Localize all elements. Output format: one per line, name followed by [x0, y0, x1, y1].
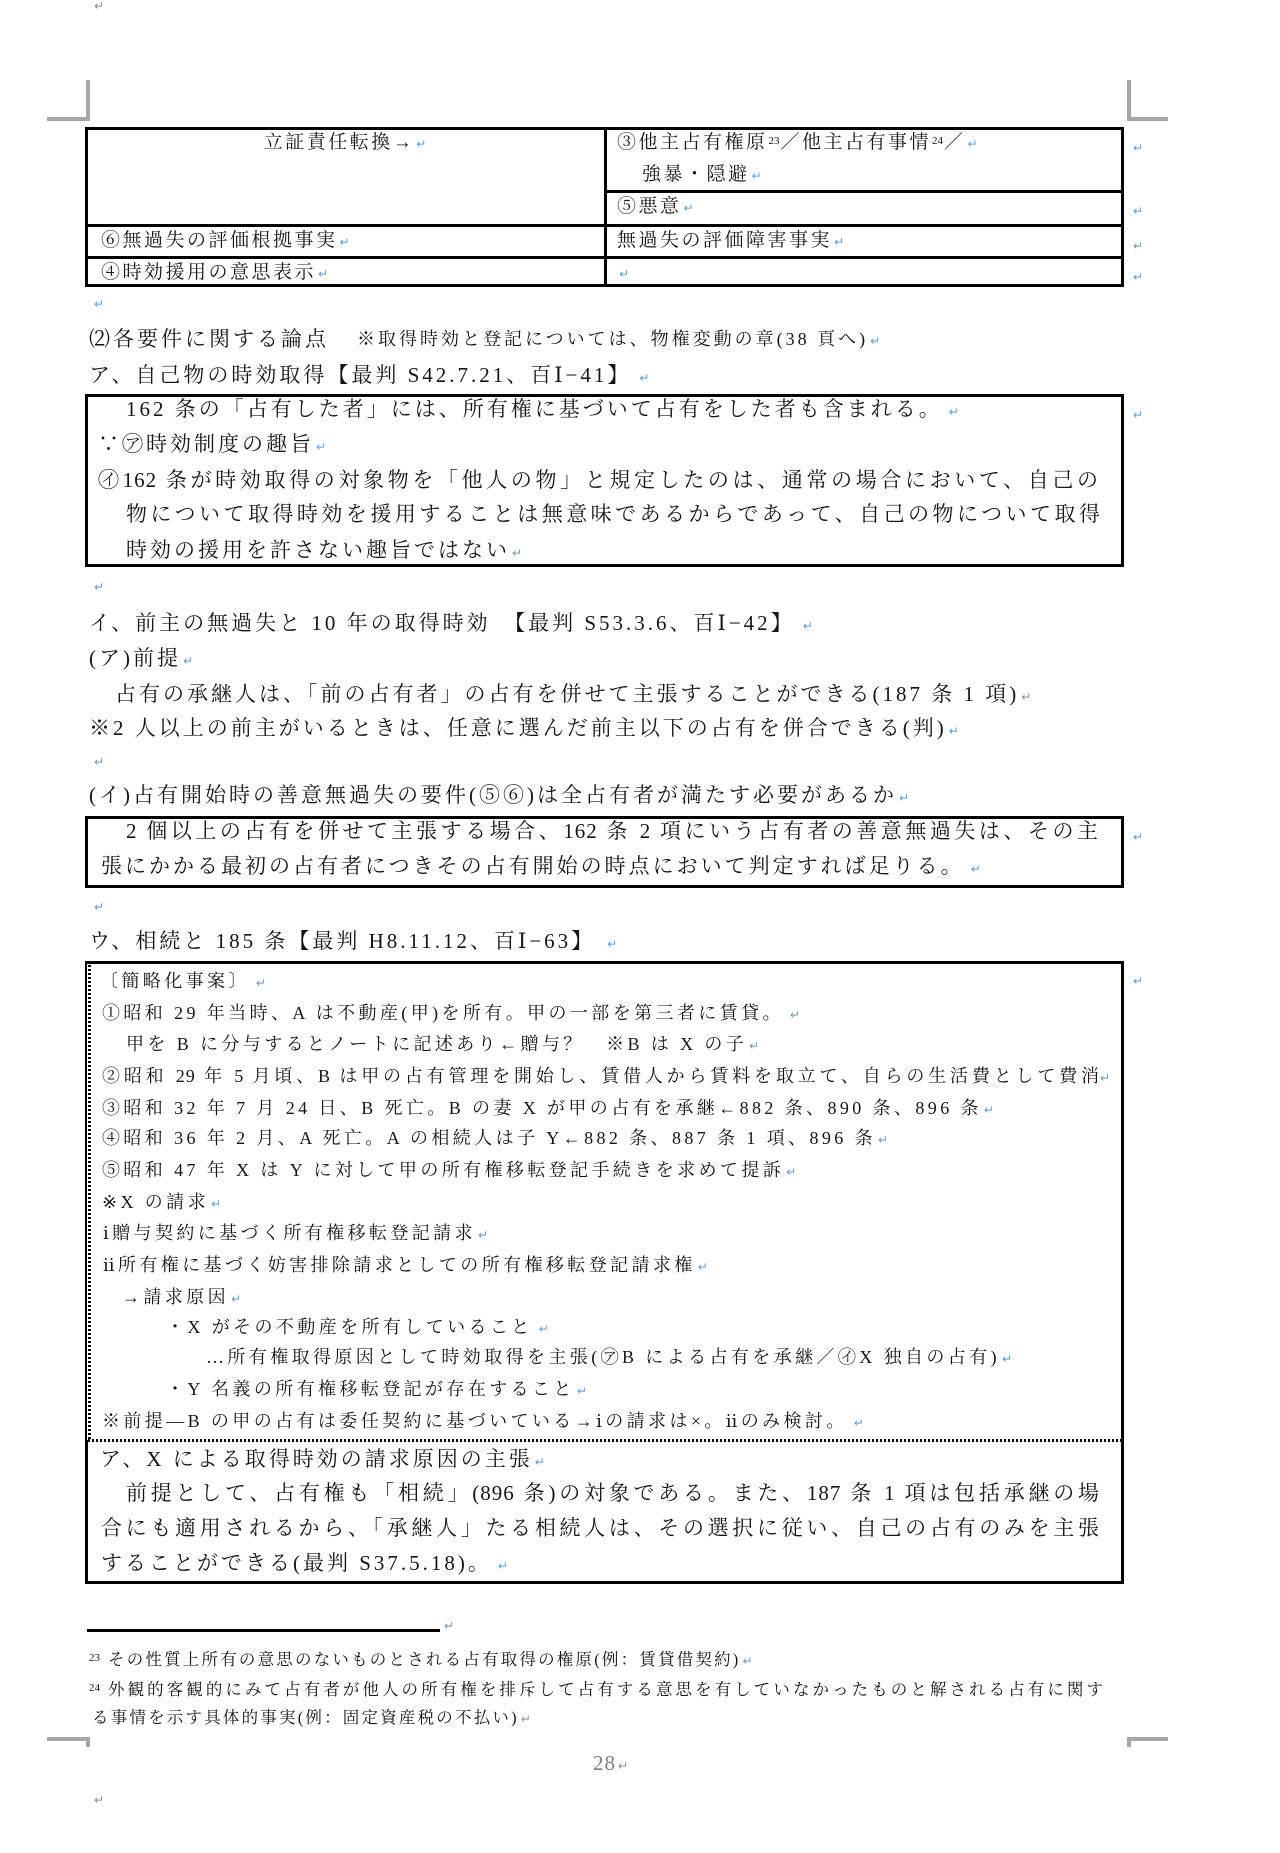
paragraph-mark-icon: ↵	[1100, 1072, 1110, 1084]
reason-line: ∵㋐時効制度の趣旨↵	[98, 429, 326, 459]
fact-line: ③昭和 32 年 7 月 24 日、B 死亡。B の妻 X が甲の占有を承継←8…	[102, 1094, 994, 1122]
claim-line: ※X の請求↵	[102, 1188, 221, 1216]
section-note: ※取得時効と登記については、物権変動の章(38 頁へ)↵	[357, 324, 880, 354]
cell-text: ／他主占有事情	[781, 132, 932, 153]
paragraph-mark-icon: ↵	[984, 1104, 994, 1116]
analysis-line: 合にも適用されるから、「承継人」たる相続人は、その選択に従い、自己の占有のみを主…	[101, 1513, 1100, 1543]
paragraph-mark-icon: ↵	[749, 1040, 759, 1052]
reason-line: 時効の援用を許さない趣旨ではない↵	[126, 535, 522, 565]
paragraph-mark-icon: ↵	[478, 1229, 488, 1241]
footnote-ref: 23	[769, 135, 780, 147]
paragraph-mark-icon: ↵	[577, 1385, 587, 1397]
footnote-text: その性質上所有の意思のないものとされる占有取得の権原(例：賃貸借契約)	[108, 1650, 741, 1669]
claim-line: ※前提―B の甲の占有は委任契約に基づいている→ⅰの請求は×。ⅱのみ検討。↵	[102, 1407, 864, 1435]
paragraph-mark-icon: ↵	[899, 792, 909, 804]
dotted-section-divider	[88, 1439, 1121, 1442]
fact-line: ②昭和 29 年 5 月頃、B は甲の占有管理を開始し、賃借人から賃料を取立て、…	[102, 1062, 1110, 1090]
heading-text: ア、自己物の時効取得【最判 S42.7.21、百Ⅰ−41】	[89, 363, 631, 387]
paragraph-mark-icon: ↵	[94, 756, 104, 768]
paragraph-mark-icon: ↵	[834, 236, 844, 248]
row-end-mark-icon: ↵	[1133, 271, 1143, 283]
claim-line: ・Y 名義の所有権移転登記が存在すること↵	[166, 1375, 587, 1403]
paragraph-mark-icon: ↵	[94, 901, 104, 913]
paragraph-mark-icon: ↵	[211, 1198, 221, 1210]
heading-text: イ、前主の無過失と 10 年の取得時効 【最判 S53.3.6、百Ⅰ−42】	[89, 611, 795, 635]
paragraph-mark-icon: ↵	[416, 138, 426, 150]
line-text: …所有権取得原因として時効取得を主張(㋐B による占有を承継／㋑X 独自の占有)	[206, 1347, 1000, 1367]
premise-heading: (ア)前提↵	[89, 643, 193, 673]
footnote-number: 24	[89, 1682, 100, 1694]
paragraph-mark-icon: ↵	[231, 1293, 241, 1305]
line-text: ⑤昭和 47 年 X は Y に対して甲の所有権移転登記手続きを求めて提訴	[102, 1160, 784, 1180]
row-end-mark-icon: ↵	[1133, 142, 1143, 154]
table-column-divider	[604, 127, 607, 287]
table-cell-bad-faith: ⑤悪意↵	[617, 194, 694, 220]
paragraph-mark-icon: ↵	[971, 863, 981, 875]
line-text: 張にかかる最初の占有者につきその占有開始の時点において判定すれば足りる。	[101, 854, 965, 878]
paragraph-mark-icon: ↵	[790, 1009, 800, 1021]
heading-text: ⑵各要件に関する論点	[89, 327, 329, 351]
cell-text: 強暴・隠避	[642, 164, 750, 185]
premise-text: 占有の承継人は、「前の占有者」の占有を併せて主張することができる(187 条 1…	[115, 679, 1031, 709]
paragraph-mark-icon: ↵	[535, 1456, 545, 1468]
line-text: →請求原因	[122, 1287, 229, 1307]
line-text: ※2 人以上の前主がいるときは、任意に選んだ前主以下の占有を併合できる(判)	[89, 716, 947, 740]
heading-text: (ア)前提	[89, 646, 181, 670]
paragraph-mark-icon: ↵	[619, 268, 629, 280]
crop-mark-bottom-left	[47, 1737, 90, 1747]
line-text: ※前提―B の甲の占有は委任契約に基づいている→ⅰの請求は×。ⅱのみ検討。	[102, 1411, 848, 1431]
table-row-divider	[85, 256, 1124, 259]
analysis-heading: ア、X による取得時効の請求原因の主張↵	[100, 1444, 545, 1474]
paragraph-mark-icon: ↵	[340, 236, 350, 248]
section-heading: ⑵各要件に関する論点	[89, 324, 329, 354]
fact-line: ④昭和 36 年 2 月、A 死亡。A の相続人は子 Y←882 条、887 条…	[102, 1124, 888, 1152]
line-text: 甲を B に分与するとノートに記述あり←贈与？ ※B は X の子	[126, 1034, 747, 1054]
box-left-dotted-border	[88, 961, 91, 1440]
line-text: ・X がその不動産を所有していること	[166, 1317, 533, 1337]
crop-mark-bottom-right	[1127, 1737, 1168, 1747]
premise-note: ※2 人以上の前主がいるときは、任意に選んだ前主以下の占有を併合できる(判)↵	[89, 713, 959, 743]
paragraph-mark-icon: ↵	[94, 0, 104, 12]
crop-mark-top-left	[47, 80, 90, 121]
paragraph-mark-icon: ↵	[539, 1323, 549, 1335]
table-cell-empty: ↵	[617, 260, 629, 286]
table-cell-no-negligence-grounds: ⑥無過失の評価根拠事実↵	[101, 228, 350, 254]
paragraph-mark-icon: ↵	[1002, 1353, 1012, 1365]
cell-text: ⑥無過失の評価根拠事実	[101, 230, 338, 251]
reason-line: ㋑162 条が時効取得の対象物を「他人の物」と規定したのは、通常の場合において、…	[98, 465, 1099, 495]
line-text: することができる(最判 S37.5.18)。	[101, 1551, 492, 1575]
cell-text: 無過失の評価障害事実	[617, 230, 832, 251]
line-text: ∵㋐時効制度の趣旨	[98, 432, 314, 456]
footnote-separator	[87, 1629, 440, 1632]
line-text: ⅰ贈与契約に基づく所有権移転登記請求	[103, 1223, 476, 1243]
claim-line: ・X がその不動産を所有していること↵	[166, 1313, 549, 1341]
table-cell-no-negligence-obstacles: 無過失の評価障害事実↵	[617, 228, 844, 254]
line-text: ④昭和 36 年 2 月、A 死亡。A の相続人は子 Y←882 条、887 条…	[102, 1128, 876, 1148]
paragraph-mark-icon: ↵	[512, 547, 522, 559]
paragraph-mark-icon: ↵	[743, 1655, 753, 1667]
fact-line: ⑤昭和 47 年 X は Y に対して甲の所有権移転登記手続きを求めて提訴↵	[102, 1156, 796, 1184]
cell-text: ／	[944, 132, 966, 153]
topic-c-heading: ウ、相続と 185 条【最判 H8.11.12、百Ⅰ−63】↵	[89, 926, 617, 956]
crop-mark-top-right	[1127, 80, 1168, 121]
paragraph-mark-icon: ↵	[752, 170, 762, 182]
label-text: 〔簡略化事案〕	[100, 971, 250, 991]
holding-line: 2 個以上の占有を併せて主張する場合、162 条 2 項にいう占有者の善意無過失…	[126, 816, 1099, 846]
paragraph-mark-icon: ↵	[803, 620, 813, 632]
page-number-text: 28	[593, 1751, 616, 1775]
document-page: ↵ 立証責任転換→↵ ③他主占有権原23／他主占有事情24／↵ 強暴・隠避↵ ⑤…	[0, 0, 1280, 1853]
fact-line: ①昭和 29 年当時、A は不動産(甲)を所有。甲の一部を第三者に賃貸。↵	[102, 999, 800, 1027]
table-row-divider	[85, 224, 1124, 227]
heading-text: ア、X による取得時効の請求原因の主張	[100, 1447, 533, 1471]
heading-text: (イ)占有開始時の善意無過失の要件(⑤⑥)は全占有者が満たす必要があるか	[89, 783, 897, 807]
cell-text: ④時効援用の意思表示	[101, 262, 316, 283]
paragraph-mark-icon: ↵	[968, 138, 978, 150]
heading-text: ウ、相続と 185 条【最判 H8.11.12、百Ⅰ−63】	[89, 929, 595, 953]
topic-b-heading: イ、前主の無過失と 10 年の取得時効 【最判 S53.3.6、百Ⅰ−42】↵	[89, 608, 813, 638]
line-text: ※X の請求	[102, 1192, 209, 1212]
line-text: ③昭和 32 年 7 月 24 日、B 死亡。B の妻 X が甲の占有を承継←8…	[102, 1098, 982, 1118]
claim-line: ⅰ贈与契約に基づく所有権移転登記請求↵	[103, 1219, 488, 1247]
paragraph-mark-icon: ↵	[94, 298, 104, 310]
footnote-23: 23その性質上所有の意思のないものとされる占有取得の権原(例：賃貸借契約)↵	[88, 1647, 753, 1673]
paragraph-mark-icon: ↵	[698, 1261, 708, 1273]
footnote-24-continued: る事情を示す具体的事実(例：固定資産税の不払い)↵	[92, 1705, 531, 1731]
paragraph-mark-icon: ↵	[94, 1794, 104, 1806]
footnote-text: 外観的客観的にみて占有者が他人の所有権を排斥して占有する意思を有していなかったも…	[108, 1677, 1104, 1703]
holding-line: 張にかかる最初の占有者につきその占有開始の時点において判定すれば足りる。↵	[101, 851, 981, 881]
row-end-mark-icon: ↵	[1133, 409, 1143, 421]
paragraph-mark-icon: ↵	[444, 1620, 454, 1632]
paragraph-mark-icon: ↵	[498, 1560, 508, 1572]
line-text: 占有の承継人は、「前の占有者」の占有を併せて主張することができる(187 条 1…	[115, 682, 1019, 706]
footnote-ref: 24	[932, 135, 943, 147]
paragraph-mark-icon: ↵	[639, 372, 649, 384]
fact-line: 甲を B に分与するとノートに記述あり←贈与？ ※B は X の子↵	[126, 1030, 759, 1058]
reason-line: 物について取得時効を援用することは無意味であるからであって、自己の物について取得	[126, 499, 1101, 529]
paragraph-mark-icon: ↵	[786, 1166, 796, 1178]
paragraph-mark-icon: ↵	[684, 202, 694, 214]
row-end-mark-icon: ↵	[1133, 831, 1143, 843]
cell-text: ⑤悪意	[617, 196, 682, 217]
claim-line: …所有権取得原因として時効取得を主張(㋐B による占有を承継／㋑X 独自の占有)…	[206, 1343, 1012, 1371]
line-text: ②昭和 29 年 5 月頃、B は甲の占有管理を開始し、賃借人から賃料を取立て、…	[102, 1062, 1100, 1090]
table-cell-other-possession: ③他主占有権原23／他主占有事情24／↵	[617, 130, 978, 156]
line-text: 162 条の「占有した者」には、所有権に基づいて占有をした者も含まれる。	[126, 397, 943, 421]
line-text: ①昭和 29 年当時、A は不動産(甲)を所有。甲の一部を第三者に賃貸。	[102, 1003, 784, 1023]
topic-a-heading: ア、自己物の時効取得【最判 S42.7.21、百Ⅰ−41】↵	[89, 360, 649, 390]
paragraph-mark-icon: ↵	[878, 1134, 888, 1146]
footnote-number: 23	[89, 1652, 100, 1664]
paragraph-mark-icon: ↵	[854, 1417, 864, 1429]
paragraph-mark-icon: ↵	[256, 977, 266, 989]
paragraph-mark-icon: ↵	[183, 655, 193, 667]
claim-line: ⅱ所有権に基づく妨害排除請求としての所有権移転登記請求権↵	[103, 1251, 708, 1279]
box-left-border	[85, 961, 87, 1440]
paragraph-mark-icon: ↵	[618, 1760, 628, 1772]
cell-text: ③他主占有権原	[617, 132, 768, 153]
table-cell-violence-concealment: 強暴・隠避↵	[642, 162, 762, 188]
analysis-line: 前提として、占有権も「相続」(896 条)の対象である。また、187 条 1 項…	[126, 1478, 1100, 1508]
paragraph-mark-icon: ↵	[521, 1713, 531, 1725]
line-text: ⅱ所有権に基づく妨害排除請求としての所有権移転登記請求権	[103, 1255, 696, 1275]
footnote-text: る事情を示す具体的事実(例：固定資産税の不払い)	[92, 1708, 519, 1727]
holding-line: 162 条の「占有した者」には、所有権に基づいて占有をした者も含まれる。↵	[126, 394, 959, 424]
table-row-divider	[604, 190, 1124, 193]
question-heading: (イ)占有開始時の善意無過失の要件(⑤⑥)は全占有者が満たす必要があるか↵	[89, 780, 909, 810]
line-text: ・Y 名義の所有権移転登記が存在すること	[166, 1379, 575, 1399]
page-number: 28↵	[593, 1748, 628, 1778]
footnote-24: 24外観的客観的にみて占有者が他人の所有権を排斥して占有する意思を有していなかっ…	[88, 1677, 1104, 1703]
line-text: 時効の援用を許さない趣旨ではない	[126, 538, 510, 562]
cell-text: 立証責任転換→	[264, 132, 415, 153]
box-left-border	[85, 1440, 88, 1584]
paragraph-mark-icon: ↵	[1021, 691, 1031, 703]
row-end-mark-icon: ↵	[1133, 975, 1143, 987]
analysis-line: することができる(最判 S37.5.18)。↵	[101, 1548, 508, 1578]
claim-line: →請求原因↵	[122, 1283, 241, 1311]
paragraph-mark-icon: ↵	[316, 441, 326, 453]
paragraph-mark-icon: ↵	[318, 268, 328, 280]
paragraph-mark-icon: ↵	[870, 335, 880, 347]
paragraph-mark-icon: ↵	[949, 406, 959, 418]
note-text: ※取得時効と登記については、物権変動の章(38 頁へ)	[357, 329, 868, 349]
facts-label: 〔簡略化事案〕↵	[100, 967, 266, 995]
row-end-mark-icon: ↵	[1133, 205, 1143, 217]
row-end-mark-icon: ↵	[1133, 240, 1143, 252]
paragraph-mark-icon: ↵	[949, 725, 959, 737]
table-cell-invocation: ④時効援用の意思表示↵	[101, 260, 328, 286]
table-cell-burden-shift: 立証責任転換→↵	[88, 130, 602, 156]
paragraph-mark-icon: ↵	[607, 938, 617, 950]
paragraph-mark-icon: ↵	[94, 581, 104, 593]
